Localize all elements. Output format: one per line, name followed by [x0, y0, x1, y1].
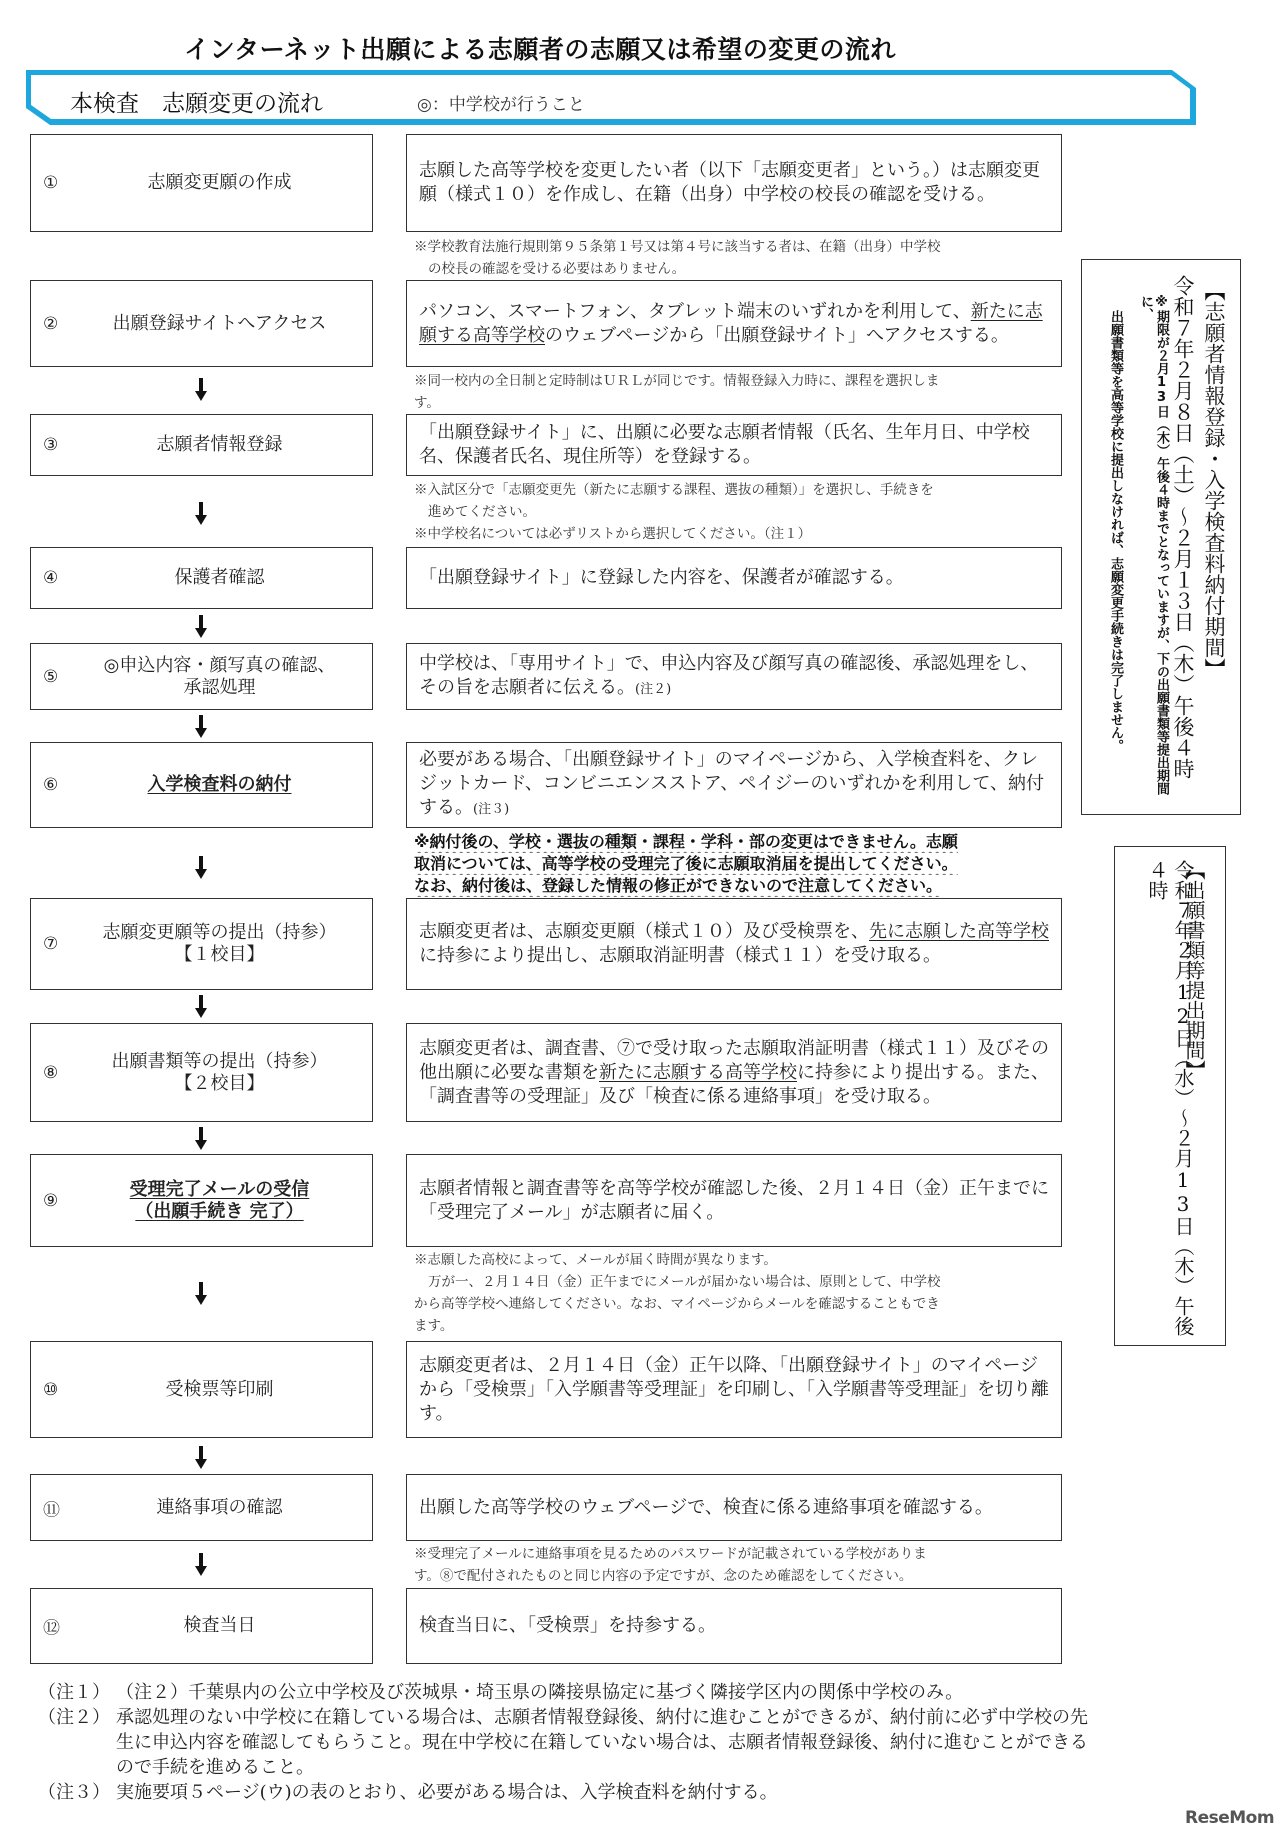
arrow-down-icon: [195, 1446, 207, 1470]
step-number: ⑦: [43, 934, 58, 954]
step-7-label-box: ⑦ 志願変更願等の提出（持参）【１校目】: [30, 898, 373, 990]
resemom-logo: ReseMom: [1185, 1808, 1274, 1828]
footnote-2: （注２）承認処理のない中学校に在籍している場合は、志願者情報登録後、納付に進むこ…: [38, 1705, 1098, 1780]
step-number: ②: [43, 314, 58, 334]
step-number: ⑥: [43, 775, 58, 795]
note-step-2: ※同一校内の全日制と定時制はＵＲＬが同じです。情報登録入力時に、課程を選択します…: [414, 370, 1064, 414]
step-label: ◎申込内容・顔写真の確認、: [75, 655, 364, 677]
submission-period-dates: 令和７年２月12日（水）～２月13日（木）午後４時: [1144, 860, 1196, 1340]
footnote-1: （注１）（注２）千葉県内の公立中学校及び茨城県・埼玉県の隣接県協定に基づく隣接学…: [38, 1680, 1098, 1705]
arrow-down-icon: [195, 1127, 207, 1151]
step-6-label-box: ⑥ 入学検査料の納付: [30, 742, 373, 828]
step-label: 出願登録サイトへアクセス: [75, 313, 364, 335]
step-number: ⑨: [43, 1191, 58, 1211]
step-label: 志願変更願の作成: [75, 172, 364, 194]
page-title: インターネット出願による志願者の志願又は希望の変更の流れ: [0, 30, 1080, 66]
section-title: 本検査 志願変更の流れ: [70, 85, 323, 118]
step-number: ⑫: [43, 1614, 60, 1639]
step-5-label-box: ⑤ ◎申込内容・顔写真の確認、承認処理: [30, 643, 373, 710]
step-2-label-box: ② 出願登録サイトへアクセス: [30, 280, 373, 367]
step-label: 入学検査料の納付: [148, 774, 292, 795]
note-step-1: ※学校教育法施行規則第９５条第１号又は第４号に該当する者は、在籍（出身）中学校の…: [414, 236, 1064, 280]
arrow-down-icon: [195, 995, 207, 1019]
step-label: 連絡事項の確認: [75, 1497, 364, 1519]
registration-period-heading: 【志願者情報登録・入学検査料納付期間】: [1201, 280, 1227, 800]
step-8-description: 志願変更者は、調査書、⑦で受け取った志願取消証明書（様式１１）及びその他出願に必…: [406, 1023, 1062, 1122]
arrow-down-icon: [195, 615, 207, 639]
step-number: ⑤: [43, 667, 58, 687]
arrow-down-icon: [195, 715, 207, 739]
arrow-down-icon: [195, 1282, 207, 1306]
step-4-label-box: ④ 保護者確認: [30, 547, 373, 609]
step-11-label-box: ⑪ 連絡事項の確認: [30, 1474, 373, 1541]
arrow-down-icon: [195, 378, 207, 402]
legend-text: ◎：中学校が行うこと: [417, 90, 585, 115]
step-label: 受理完了メールの受信: [75, 1179, 364, 1201]
note-step-9: ※志願した高校によって、メールが届く時間が異なります。万が一、２月１４日（金）正…: [414, 1249, 1064, 1337]
step-8-label-box: ⑧ 出願書類等の提出（持参）【２校目】: [30, 1023, 373, 1122]
step-label: 志願変更願等の提出（持参）: [75, 922, 364, 944]
step-3-description: 「出願登録サイト」に、出願に必要な志願者情報（氏名、生年月日、中学校名、保護者氏…: [406, 414, 1062, 476]
step-label: 出願書類等の提出（持参）: [75, 1051, 364, 1073]
step-label: 受検票等印刷: [75, 1379, 364, 1401]
step-12-label-box: ⑫ 検査当日: [30, 1588, 373, 1664]
step-number: ⑧: [43, 1063, 58, 1083]
note-step-3: ※入試区分で「志願変更先（新たに志願する課程、選抜の種類）」を選択し、手続きを進…: [414, 479, 1064, 545]
registration-period-note-1: ※期限が２月13日（木）午後４時までとなっていますが、下の出願書類等提出期間に、: [1137, 295, 1169, 805]
step-1-label-box: ① 志願変更願の作成: [30, 134, 373, 232]
warning-note-step-6: ※納付後の、学校・選抜の種類・課程・学科・部の変更はできません。志願取消について…: [414, 831, 1064, 897]
step-label: 検査当日: [75, 1615, 364, 1637]
step-number: ⑩: [43, 1380, 58, 1400]
step-number: ③: [43, 435, 58, 455]
step-10-label-box: ⑩ 受検票等印刷: [30, 1341, 373, 1438]
step-label: 保護者確認: [75, 567, 364, 589]
step-2-description: パソコン、スマートフォン、タブレット端末のいずれかを利用して、新たに志願する高等…: [406, 280, 1062, 367]
step-4-description: 「出願登録サイト」に登録した内容を、保護者が確認する。: [406, 547, 1062, 609]
registration-period-note-2: 出願書類等を高等学校に提出しなければ、志願変更手続きは完了しません。: [1107, 310, 1123, 820]
step-7-description: 志願変更者は、志願変更願（様式１０）及び受検票を、先に志願した高等学校に持参によ…: [406, 898, 1062, 990]
footnote-3: （注３）実施要項５ページ(ウ)の表のとおり、必要がある場合は、入学検査料を納付す…: [38, 1780, 1098, 1805]
step-9-description: 志願者情報と調査書等を高等学校が確認した後、２月１４日（金）正午までに「受理完了…: [406, 1154, 1062, 1247]
step-12-description: 検査当日に、「受検票」を持参する。: [406, 1588, 1062, 1664]
step-6-description: 必要がある場合、「出願登録サイト」のマイページから、入学検査料を、クレジットカー…: [406, 742, 1062, 828]
note-step-11: ※受理完了メールに連絡事項を見るためのパスワードが記載されている学校があります。…: [414, 1543, 1064, 1587]
arrow-down-icon: [195, 502, 207, 526]
step-11-description: 出願した高等学校のウェブページで、検査に係る連絡事項を確認する。: [406, 1474, 1062, 1541]
step-number: ⑪: [43, 1495, 60, 1520]
step-number: ④: [43, 568, 58, 588]
arrow-down-icon: [195, 856, 207, 880]
step-5-description: 中学校は、「専用サイト」で、申込内容及び顔写真の確認後、承認処理をし、その旨を志…: [406, 643, 1062, 710]
step-number: ①: [43, 173, 58, 193]
step-3-label-box: ③ 志願者情報登録: [30, 414, 373, 476]
step-label: 志願者情報登録: [75, 434, 364, 456]
arrow-down-icon: [195, 1553, 207, 1577]
step-10-description: 志願変更者は、２月１４日（金）正午以降、「出願登録サイト」のマイページから「受検…: [406, 1341, 1062, 1438]
step-9-label-box: ⑨ 受理完了メールの受信（出願手続き 完了）: [30, 1154, 373, 1247]
registration-period-dates: 令和７年２月８日（土）～２月１３日（木）午後４時: [1170, 275, 1196, 795]
step-1-description: 志願した高等学校を変更したい者（以下「志願変更者」という。）は志願変更願（様式１…: [406, 134, 1062, 232]
footnotes: （注１）（注２）千葉県内の公立中学校及び茨城県・埼玉県の隣接県協定に基づく隣接学…: [38, 1680, 1098, 1805]
